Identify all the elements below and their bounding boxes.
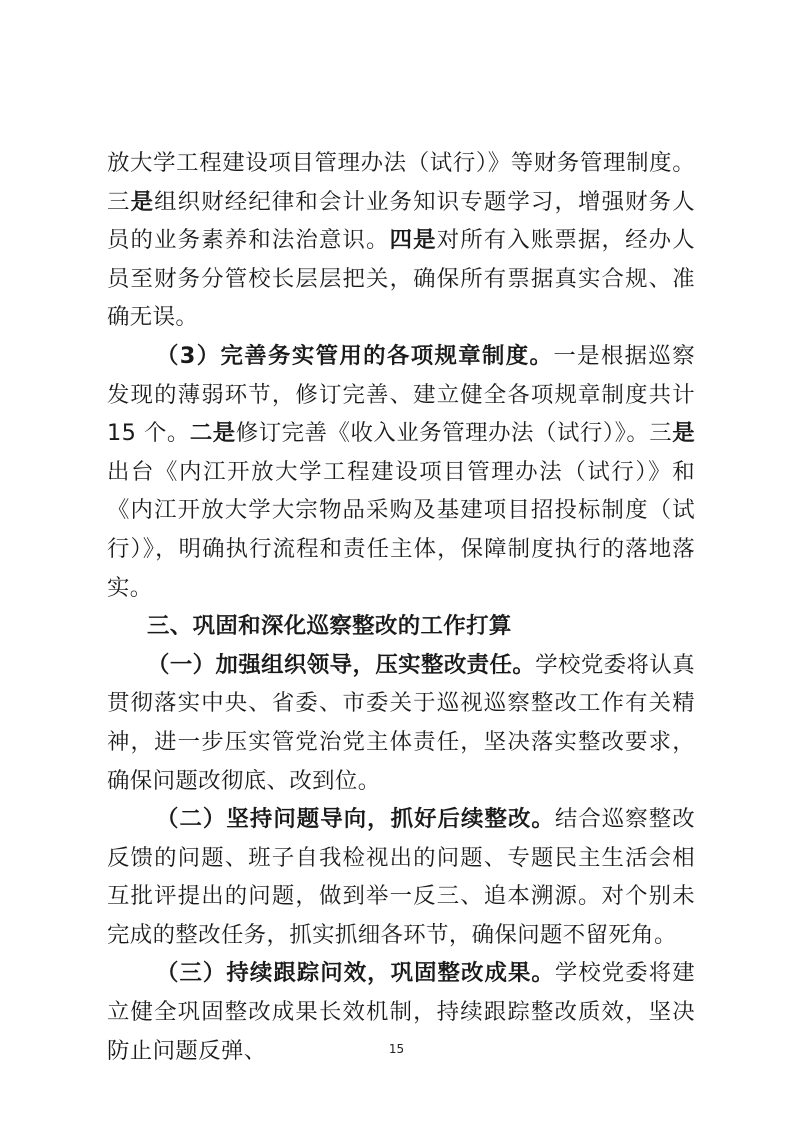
subsection-heading: （3）完善务实管用的各项规章制度。 — [156, 343, 553, 369]
subsection-heading: （二）坚持问题导向，抓好后续整改。 — [156, 806, 555, 832]
bold-marker: 四是 — [390, 227, 437, 253]
subsection-heading: （一）加强组织领导，压实整改责任。 — [147, 652, 535, 678]
text-segment: 修订完善《收入业务管理办法（试行）》。三 — [236, 420, 672, 446]
paragraph-problem-oriented: （二）坚持问题导向，抓好后续整改。结合巡察整改反馈的问题、班子自我检视出的问题、… — [107, 800, 695, 954]
bold-marker: 二是 — [190, 420, 236, 446]
subsection-heading: （三）持续跟踪问效，巩固整改成果。 — [156, 960, 555, 986]
paragraph-regulations: （3）完善务实管用的各项规章制度。一是根据巡察发现的薄弱环节，修订完善、建立健全… — [107, 337, 695, 607]
bold-marker: 是 — [131, 189, 155, 215]
section-heading-text: 三、巩固和深化巡察整改的工作打算 — [147, 613, 512, 639]
text-segment: 出台《内江开放大学工程建设项目管理办法（试行）》和《内江开放大学大宗物品采购及基… — [107, 459, 695, 601]
bold-marker: 是 — [672, 420, 695, 446]
paragraph-finance-measures: 放大学工程建设项目管理办法（试行）》等财务管理制度。三是组织财经纪律和会计业务知… — [107, 144, 695, 337]
document-body: 放大学工程建设项目管理办法（试行）》等财务管理制度。三是组织财经纪律和会计业务知… — [107, 144, 695, 1070]
page-number: 15 — [0, 1042, 793, 1056]
section-heading: 三、巩固和深化巡察整改的工作打算 — [107, 607, 695, 646]
paragraph-leadership: （一）加强组织领导，压实整改责任。学校党委将认真贯彻落实中央、省委、市委关于巡视… — [107, 646, 695, 800]
